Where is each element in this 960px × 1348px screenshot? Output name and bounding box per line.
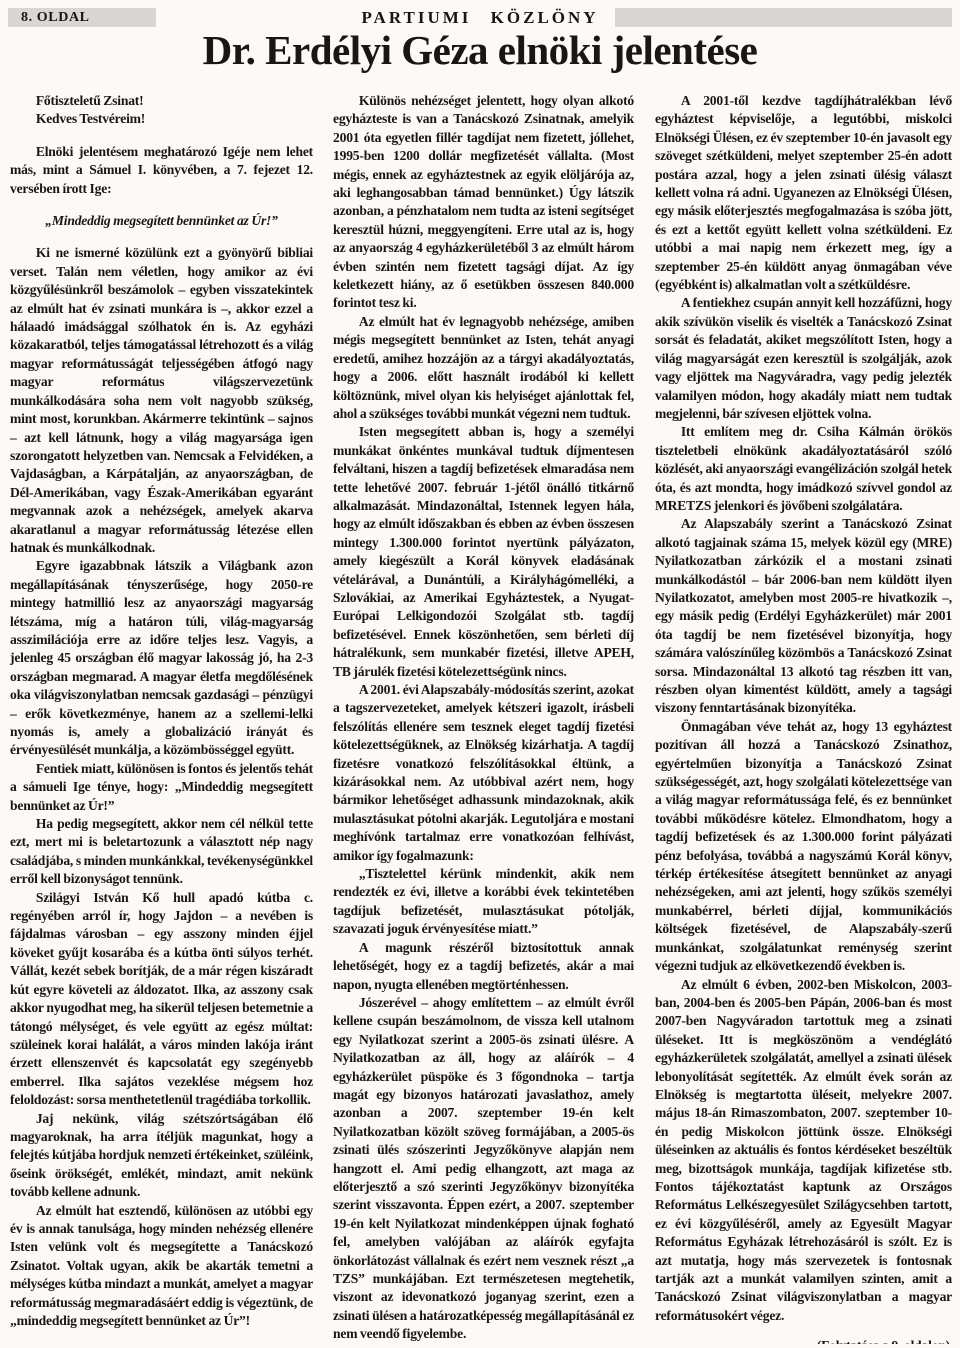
text-column-3: A 2001-től kezdve tagdíjhátralékban lévő… bbox=[655, 92, 952, 1344]
body-paragraph: Az elmúlt 6 évben, 2002-ben Miskolcon, 2… bbox=[655, 976, 952, 1326]
body-paragraph: A 2001-től kezdve tagdíjhátralékban lévő… bbox=[655, 92, 952, 294]
body-paragraph: Az Alapszabály szerint a Tanácskozó Zsin… bbox=[655, 515, 952, 717]
body-paragraph: A 2001. évi Alapszabály-módosítás szerin… bbox=[333, 681, 634, 865]
body-paragraph: Különös nehézséget jelentett, hogy olyan… bbox=[333, 92, 634, 313]
body-paragraph: Ha pedig megsegített, akkor nem cél nélk… bbox=[10, 815, 313, 889]
newspaper-page: 8. OLDAL PARTIUMI KÖZLÖNY Dr. Erdélyi Gé… bbox=[0, 0, 960, 1348]
body-paragraph: A magunk részéről biztosítottuk annak le… bbox=[333, 939, 634, 994]
body-paragraph: Egyre igazabbnak látszik a Világbank azo… bbox=[10, 557, 313, 759]
body-paragraph: Jaj nekünk, világ szétszórtságában élő m… bbox=[10, 1110, 313, 1202]
text-column-1: Főtiszteletű Zsinat!Kedves Testvéreim!El… bbox=[10, 92, 313, 1344]
salutation-line: Kedves Testvéreim! bbox=[10, 110, 313, 128]
body-paragraph: Ki ne ismerné közülünk ezt a gyönyörű bi… bbox=[10, 244, 313, 557]
body-paragraph: Jószerével – ahogy említettem – az elmúl… bbox=[333, 994, 634, 1344]
body-paragraph: Önmagában véve tehát az, hogy 13 egyházt… bbox=[655, 718, 952, 976]
continuation-note: (Folytatása a 9. oldalon) bbox=[655, 1337, 952, 1344]
body-paragraph: A fentiekhez csupán annyit kell hozzáfűz… bbox=[655, 294, 952, 423]
masthead: PARTIUMI KÖZLÖNY bbox=[0, 8, 960, 27]
scripture-quote: „Mindeddig megsegített bennünket az Úr!” bbox=[10, 212, 313, 230]
body-paragraph: Fentiek miatt, különösen is fontos és je… bbox=[10, 760, 313, 815]
body-paragraph: Az elmúlt hat év legnagyobb nehézsége, a… bbox=[333, 313, 634, 423]
body-paragraph: Isten megsegített abban is, hogy a szemé… bbox=[333, 423, 634, 681]
article-title: Dr. Erdélyi Géza elnöki jelentése bbox=[0, 26, 960, 74]
body-paragraph: Itt említem meg dr. Csiha Kálmán örökös … bbox=[655, 423, 952, 515]
body-paragraph: Elnöki jelentésem meghatározó Igéje nem … bbox=[10, 143, 313, 198]
body-paragraph: Szilágyi István Kő hull apadó kútba c. r… bbox=[10, 889, 313, 1110]
text-column-2: Különös nehézséget jelentett, hogy olyan… bbox=[333, 92, 634, 1344]
body-paragraph: Az elmúlt hat esztendő, különösen az utó… bbox=[10, 1202, 313, 1331]
body-paragraph: „Tisztelettel kérünk mindenkit, akik nem… bbox=[333, 865, 634, 939]
salutation-line: Főtiszteletű Zsinat! bbox=[10, 92, 313, 110]
